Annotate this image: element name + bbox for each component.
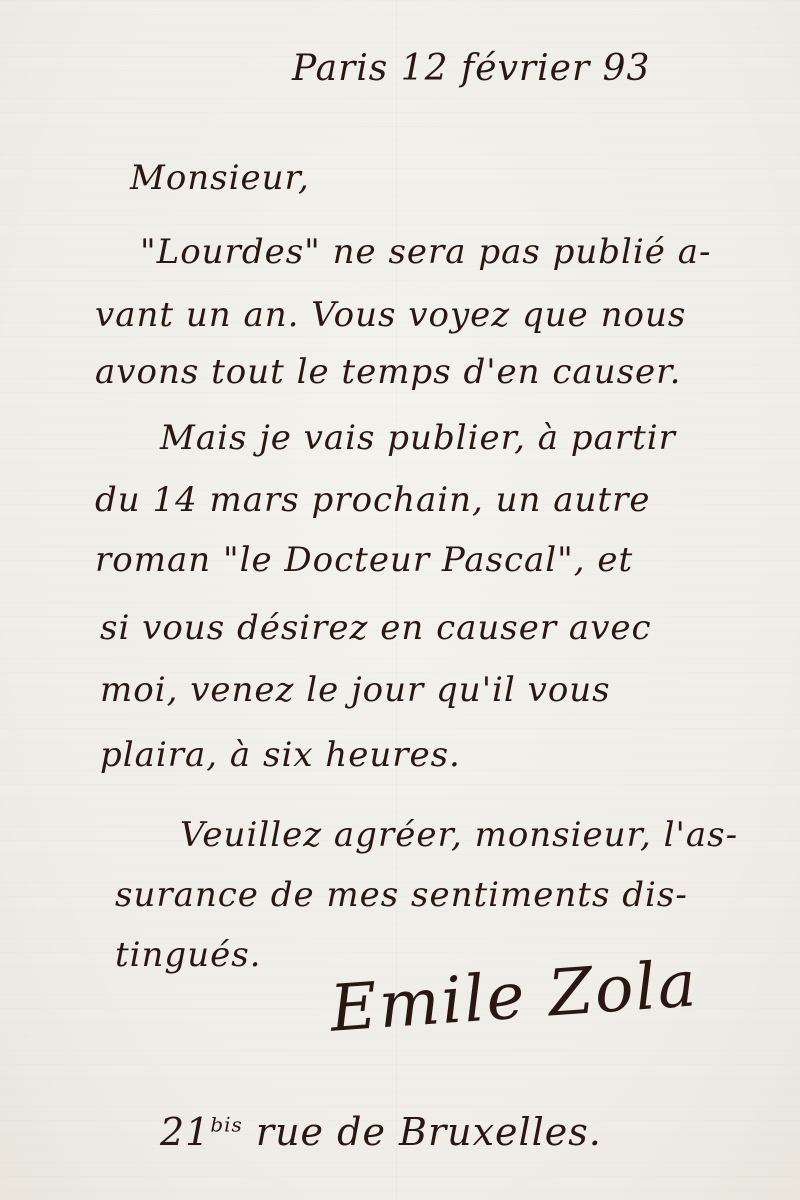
address-suffix: bis (210, 1112, 242, 1136)
letter-line: roman "le Docteur Pascal", et (95, 540, 633, 580)
letter-line: vant un an. Vous voyez que nous (95, 295, 686, 335)
letter-line: tingués. (115, 935, 261, 975)
date-line: Paris 12 février 93 (292, 48, 650, 89)
letter-line: moi, venez le jour qu'il vous (100, 670, 611, 710)
letter-line: Mais je vais publier, à partir (160, 418, 676, 458)
salutation: Monsieur, (130, 158, 310, 198)
address-line: 21bis rue de Bruxelles. (160, 1110, 602, 1154)
letter-line: surance de mes sentiments dis- (115, 875, 688, 915)
letter-line: plaira, à six heures. (100, 735, 461, 775)
letter-line: Veuillez agréer, monsieur, l'as- (180, 815, 738, 855)
letter-line: si vous désirez en causer avec (100, 608, 652, 648)
address-street: rue de Bruxelles. (256, 1110, 602, 1154)
address-number: 21 (160, 1110, 210, 1154)
letter-line: avons tout le temps d'en causer. (95, 352, 682, 392)
letter-line: "Lourdes" ne sera pas publié a- (140, 232, 712, 272)
letter-line: du 14 mars prochain, un autre (95, 480, 650, 520)
